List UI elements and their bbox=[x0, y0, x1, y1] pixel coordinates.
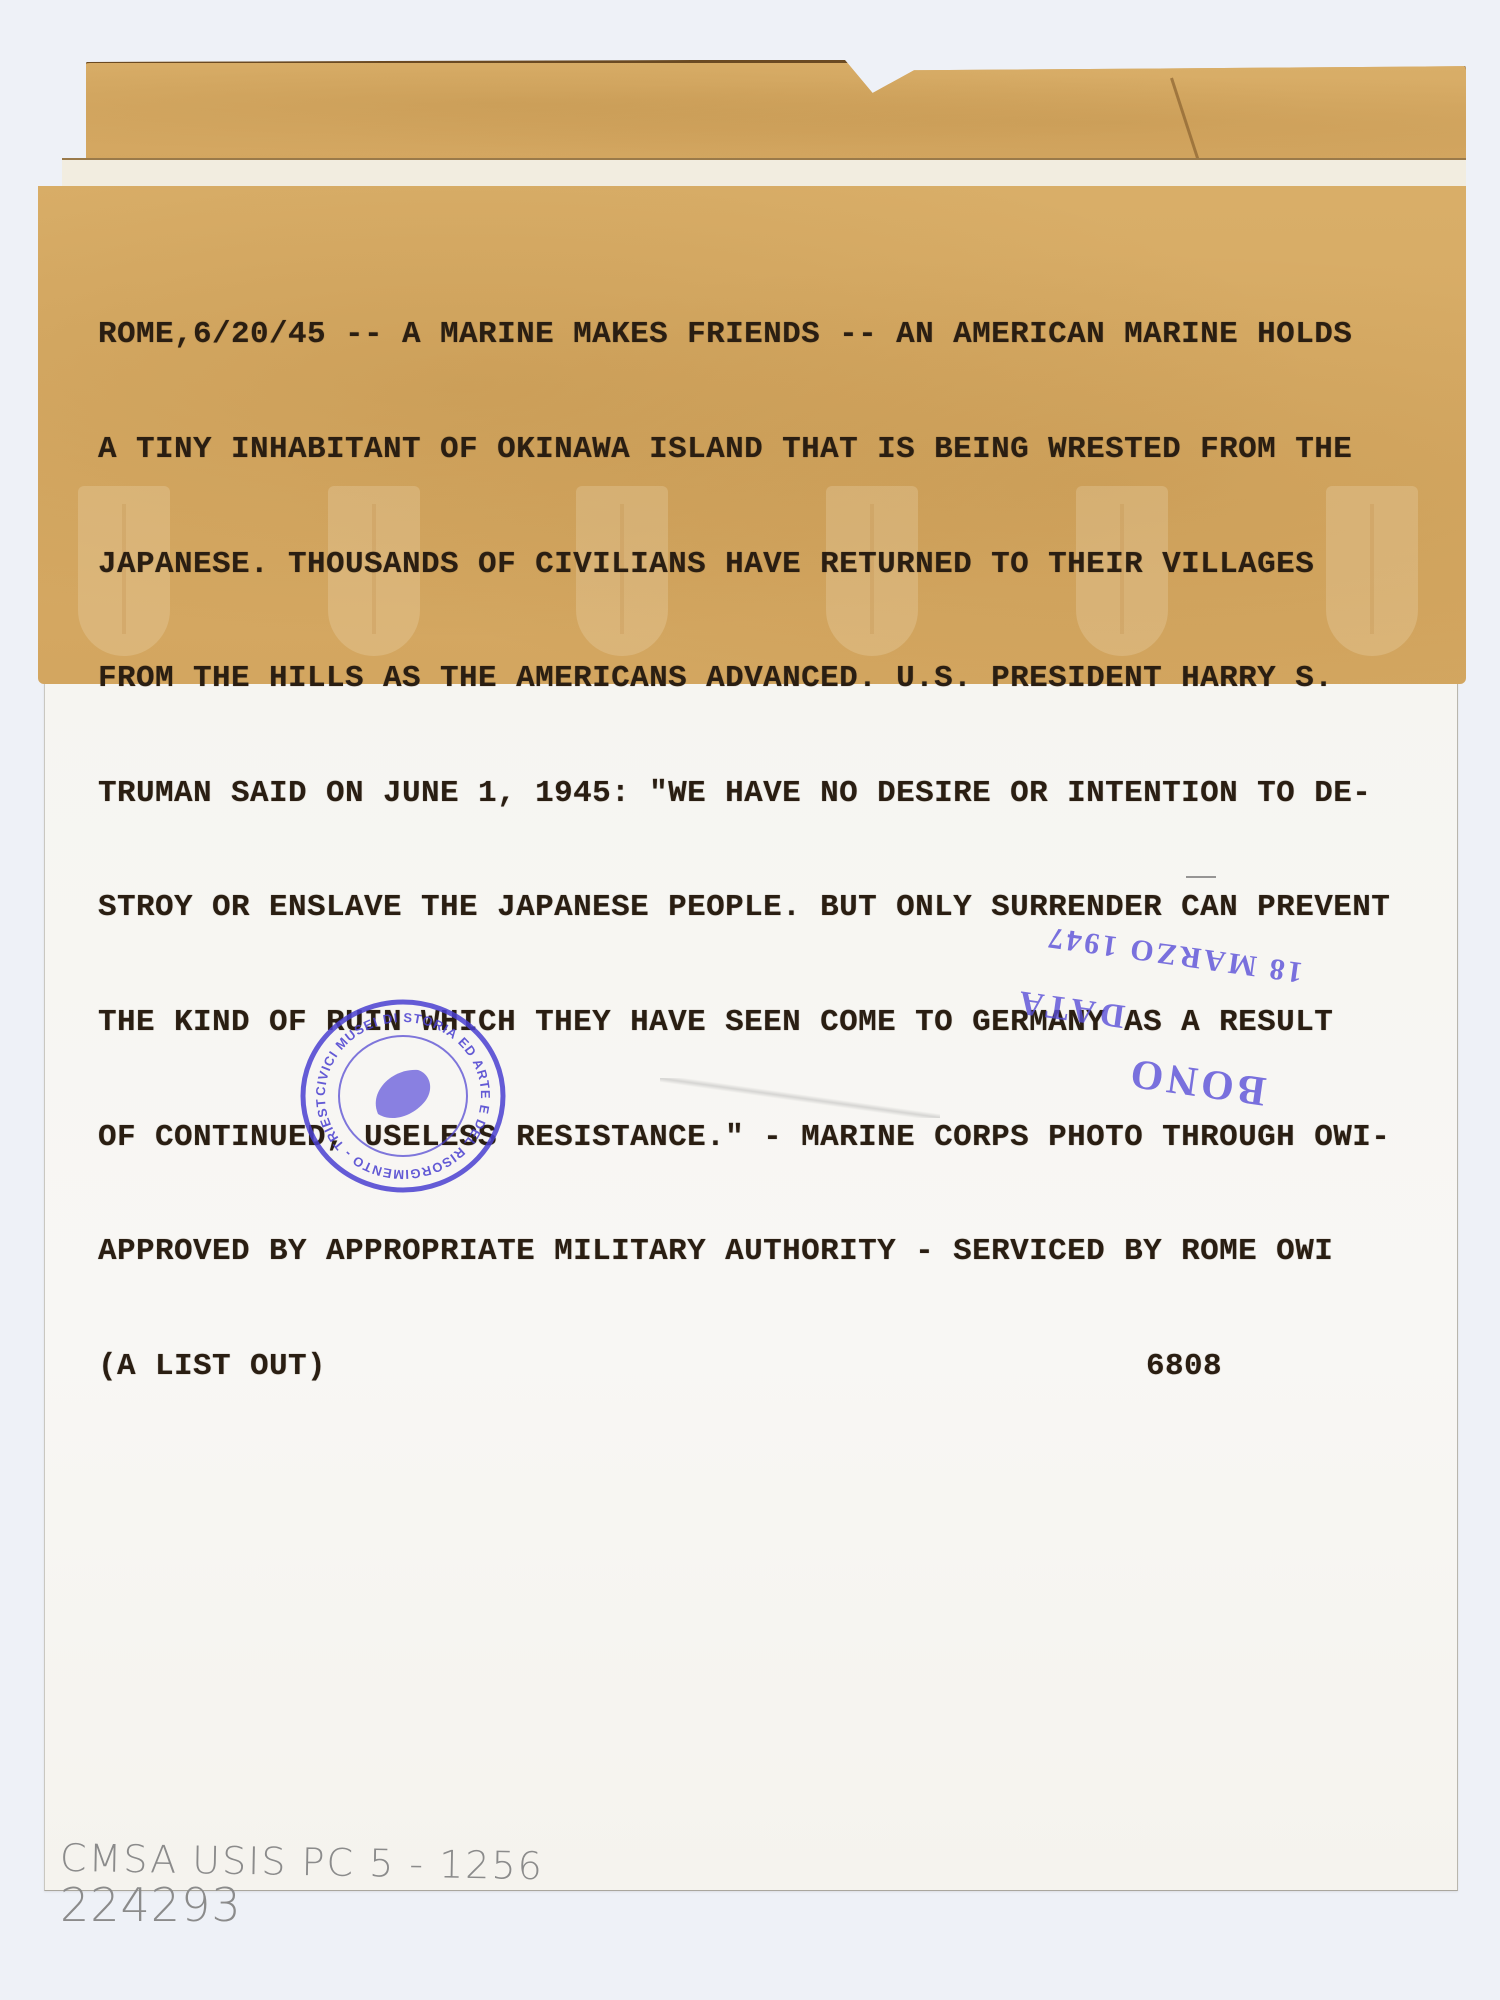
handwritten-archive-code: CMSA USIS PC 5 - 1256 bbox=[60, 1836, 545, 1888]
caption-line: APPROVED BY APPROPRIATE MILITARY AUTHORI… bbox=[98, 1233, 1478, 1271]
caption-line: TRUMAN SAID ON JUNE 1, 1945: "WE HAVE NO… bbox=[98, 775, 1478, 813]
list-out-note: (A LIST OUT) bbox=[98, 1349, 326, 1384]
caption-line: ROME,6/20/45 -- A MARINE MAKES FRIENDS -… bbox=[98, 316, 1478, 354]
caption-line: JAPANESE. THOUSANDS OF CIVILIANS HAVE RE… bbox=[98, 546, 1478, 584]
stamp-text-data: DATA bbox=[1012, 982, 1128, 1035]
handwritten-inventory: CMSA USIS PC 5 - 1256 224293 bbox=[60, 1840, 544, 1932]
museum-round-stamp: CIVICI MUSEI DI STORIA ED ARTE E DEL RIS… bbox=[298, 996, 508, 1196]
pencil-smudge bbox=[660, 1078, 940, 1118]
museum-seal-icon: CIVICI MUSEI DI STORIA ED ARTE E DEL RIS… bbox=[298, 996, 508, 1196]
stamp-text-date: 18 MARZO 1947 bbox=[1044, 919, 1305, 989]
tape-band bbox=[62, 158, 1466, 188]
caption-line: FROM THE HILLS AS THE AMERICANS ADVANCED… bbox=[98, 660, 1478, 698]
pencil-dash bbox=[1186, 876, 1216, 878]
caption-last-line: (A LIST OUT)6808 bbox=[98, 1348, 1478, 1386]
caption-line: A TINY INHABITANT OF OKINAWA ISLAND THAT… bbox=[98, 431, 1478, 469]
reference-number: 6808 bbox=[1146, 1348, 1222, 1386]
caption-strip-top-fold bbox=[86, 60, 1466, 163]
